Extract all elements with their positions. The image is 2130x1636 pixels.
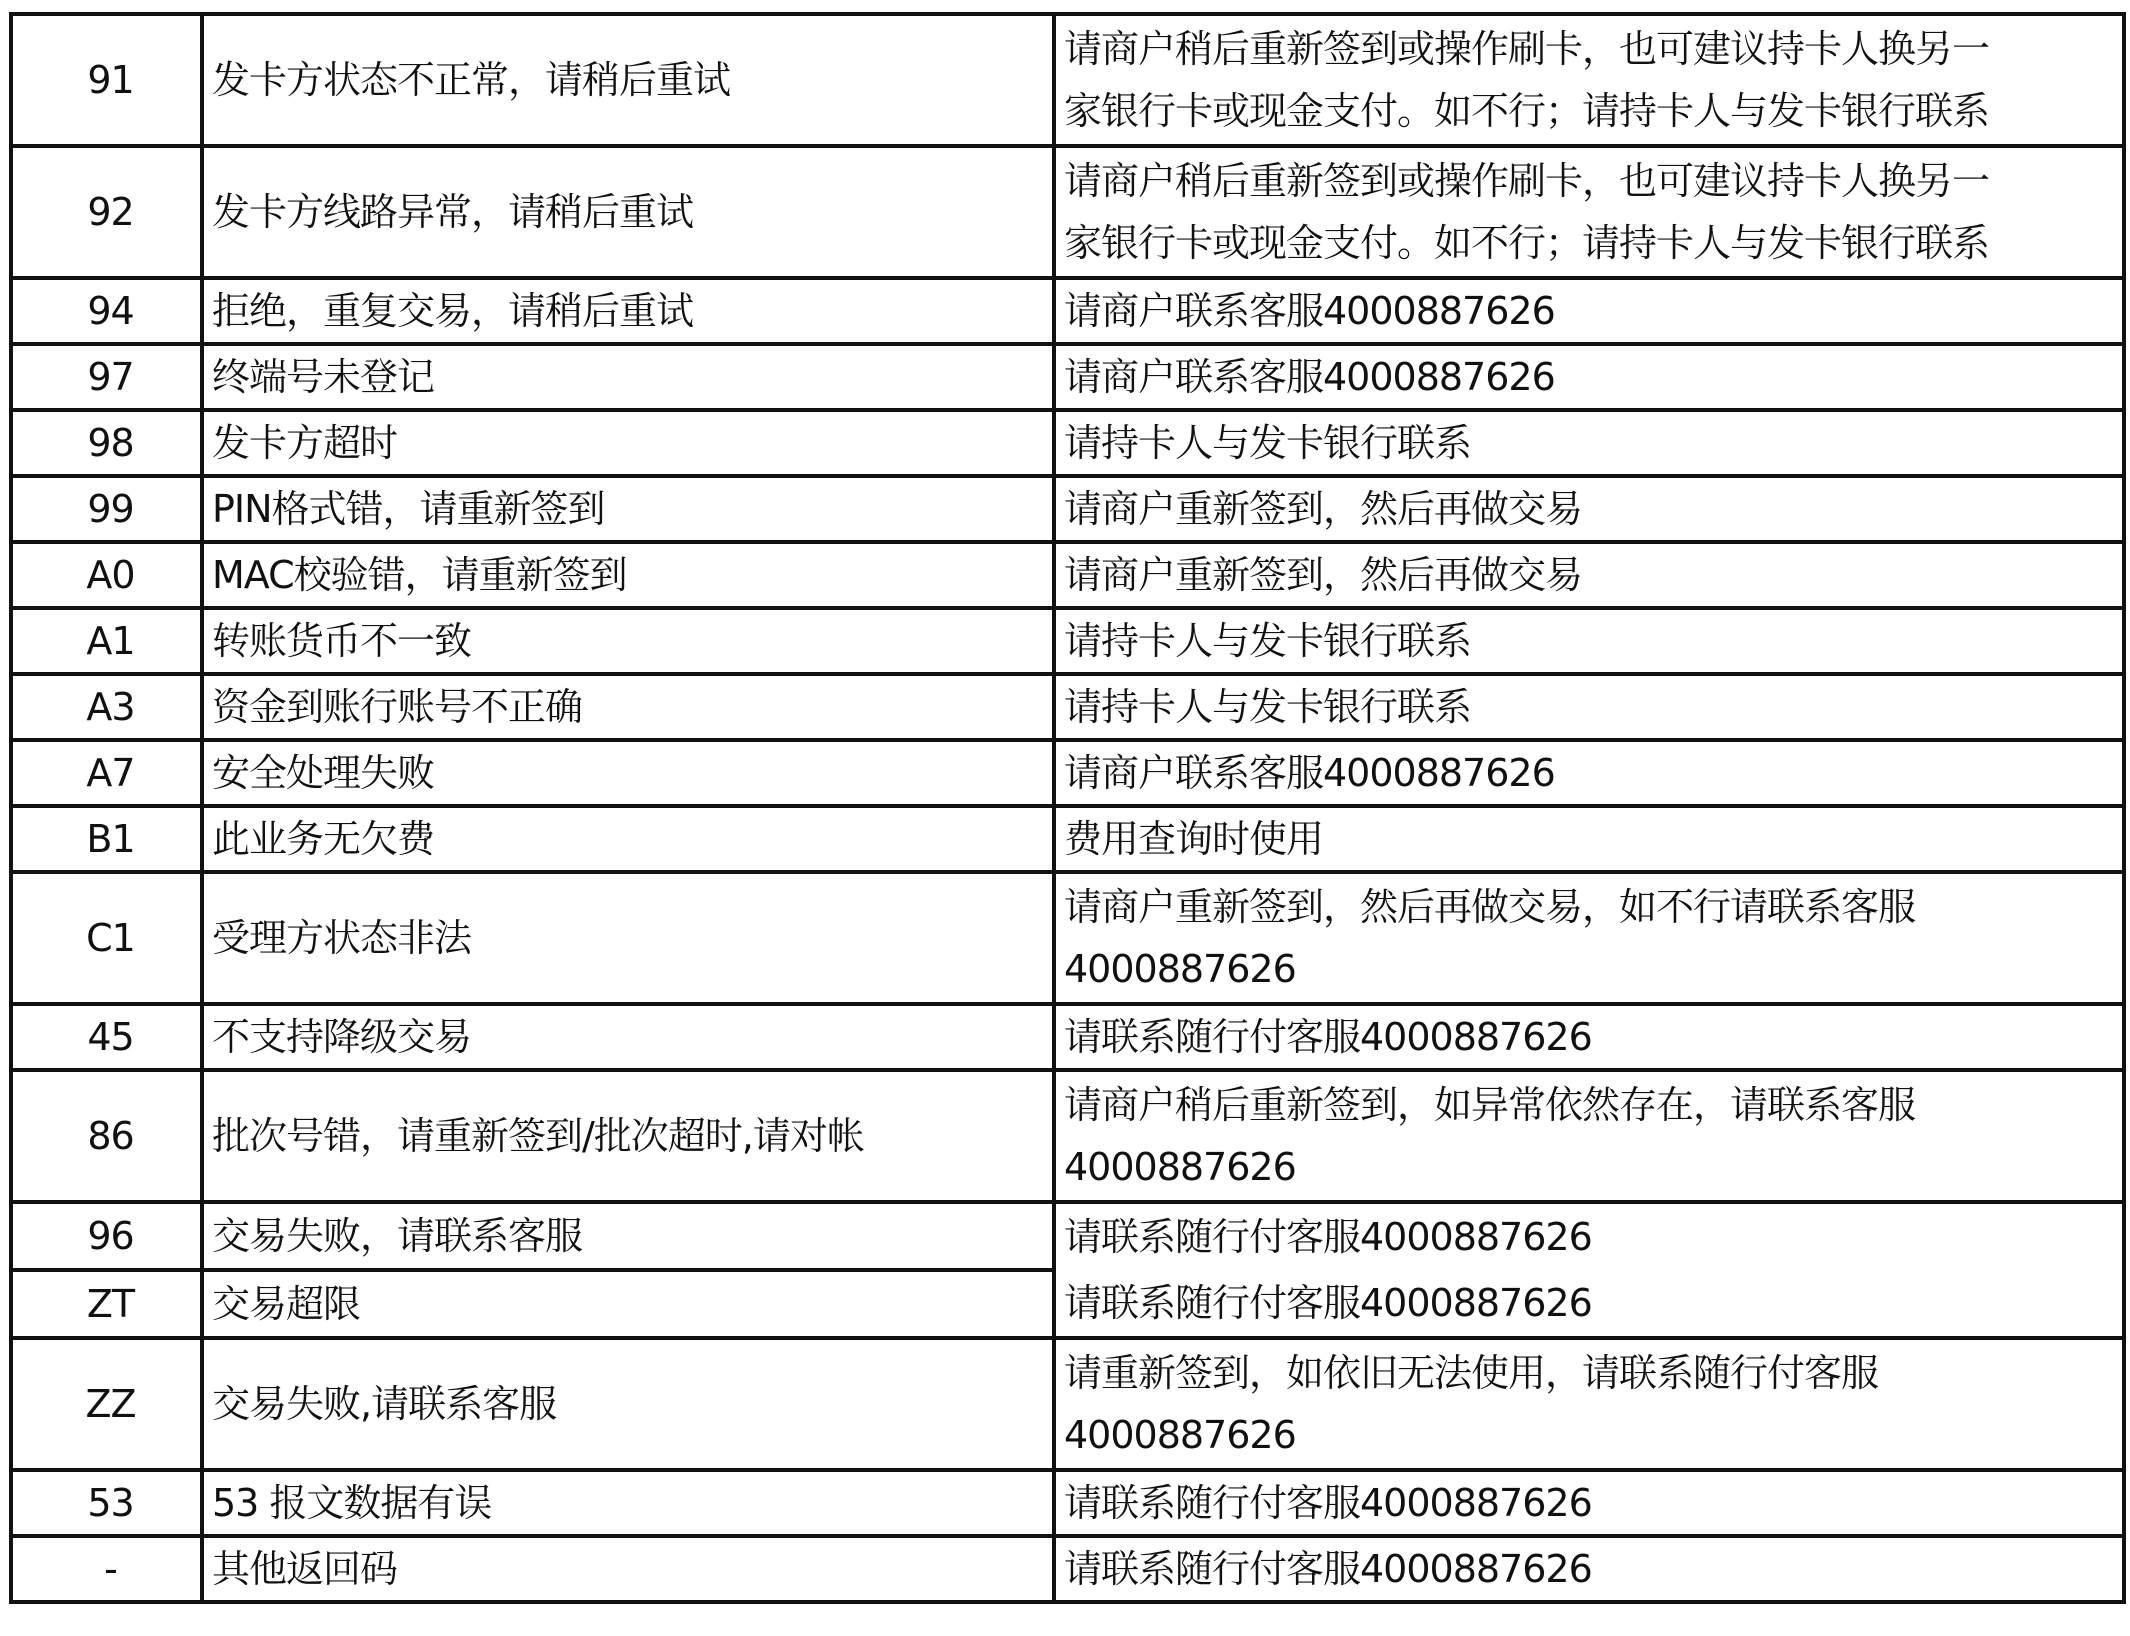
action-line: 请联系随行付客服4000887626 [1064,1472,2122,1534]
table-row: 86 批次号错，请重新签到/批次超时,请对帐 请商户稍后重新签到，如异常依然存在… [11,1070,2124,1202]
table-row: A1 转账货币不一致 请持卡人与发卡银行联系 [11,608,2124,674]
table-row: C1 受理方状态非法 请商户重新签到，然后再做交易，如不行请联系客服 40008… [11,872,2124,1004]
description-cell: 拒绝，重复交易，请稍后重试 [202,278,1054,344]
description-cell: 资金到账行账号不正确 [202,674,1054,740]
table-row: 45 不支持降级交易 请联系随行付客服4000887626 [11,1004,2124,1070]
description-cell: 此业务无欠费 [202,806,1054,872]
description-cell: 发卡方线路异常，请稍后重试 [202,146,1054,278]
table-row: 99 PIN格式错，请重新签到 请商户重新签到，然后再做交易 [11,476,2124,542]
action-line: 请联系随行付客服4000887626 [1064,1204,2122,1270]
action-line: 请联系随行付客服4000887626 [1064,1006,2122,1068]
description-cell: 批次号错，请重新签到/批次超时,请对帐 [202,1070,1054,1202]
action-line: 请联系随行付客服4000887626 [1064,1538,2122,1600]
action-line: 请商户联系客服4000887626 [1064,346,2122,408]
code-cell: - [11,1536,202,1602]
code-cell: 96 [11,1202,202,1270]
action-line: 请持卡人与发卡银行联系 [1064,412,2122,474]
description-cell: 53 报文数据有误 [202,1470,1054,1536]
action-cell: 请联系随行付客服4000887626 [1054,1536,2124,1602]
table-row: 53 53 报文数据有误 请联系随行付客服4000887626 [11,1470,2124,1536]
description-cell: 受理方状态非法 [202,872,1054,1004]
description-cell: 不支持降级交易 [202,1004,1054,1070]
action-line: 请持卡人与发卡银行联系 [1064,676,2122,738]
action-cell-merged: 请联系随行付客服4000887626 请联系随行付客服4000887626 [1054,1202,2124,1338]
action-line: 请商户重新签到，然后再做交易 [1064,478,2122,540]
action-line: 请商户重新签到，然后再做交易，如不行请联系客服 [1064,876,2122,938]
table-row: 94 拒绝，重复交易，请稍后重试 请商户联系客服4000887626 [11,278,2124,344]
code-cell: A3 [11,674,202,740]
code-cell: 99 [11,476,202,542]
code-cell: 94 [11,278,202,344]
action-line: 费用查询时使用 [1064,808,2122,870]
action-line: 请商户重新签到，然后再做交易 [1064,544,2122,606]
code-cell: 91 [11,14,202,146]
code-cell: A1 [11,608,202,674]
action-cell: 请商户联系客服4000887626 [1054,344,2124,410]
table-row: 97 终端号未登记 请商户联系客服4000887626 [11,344,2124,410]
action-cell: 请持卡人与发卡银行联系 [1054,410,2124,476]
code-cell: 98 [11,410,202,476]
action-line: 请联系随行付客服4000887626 [1064,1270,2122,1336]
action-cell: 请商户稍后重新签到或操作刷卡，也可建议持卡人换另一 家银行卡或现金支付。如不行；… [1054,14,2124,146]
action-line: 4000887626 [1064,1136,2122,1198]
action-cell: 请商户稍后重新签到，如异常依然存在，请联系客服 4000887626 [1054,1070,2124,1202]
action-line: 请商户稍后重新签到，如异常依然存在，请联系客服 [1064,1074,2122,1136]
action-line: 请商户稍后重新签到或操作刷卡，也可建议持卡人换另一 [1064,18,2122,80]
action-cell: 请商户重新签到，然后再做交易，如不行请联系客服 4000887626 [1054,872,2124,1004]
action-cell: 请重新签到，如依旧无法使用，请联系随行付客服 4000887626 [1054,1338,2124,1470]
action-cell: 请联系随行付客服4000887626 [1054,1004,2124,1070]
description-cell: 终端号未登记 [202,344,1054,410]
response-code-table: 91 发卡方状态不正常，请稍后重试 请商户稍后重新签到或操作刷卡，也可建议持卡人… [9,12,2126,1604]
action-cell: 请商户联系客服4000887626 [1054,740,2124,806]
table-row: B1 此业务无欠费 费用查询时使用 [11,806,2124,872]
code-cell: C1 [11,872,202,1004]
description-cell: 交易失败，请联系客服 [202,1202,1054,1270]
action-cell: 请持卡人与发卡银行联系 [1054,674,2124,740]
code-cell: 92 [11,146,202,278]
code-cell: B1 [11,806,202,872]
code-cell: 97 [11,344,202,410]
description-cell: 交易超限 [202,1270,1054,1338]
description-cell: 其他返回码 [202,1536,1054,1602]
description-cell: 交易失败,请联系客服 [202,1338,1054,1470]
action-line: 4000887626 [1064,1404,2122,1466]
action-line: 家银行卡或现金支付。如不行；请持卡人与发卡银行联系 [1064,212,2122,274]
action-line: 请商户联系客服4000887626 [1064,280,2122,342]
description-cell: 发卡方状态不正常，请稍后重试 [202,14,1054,146]
action-line: 请重新签到，如依旧无法使用，请联系随行付客服 [1064,1342,2122,1404]
table-row: 98 发卡方超时 请持卡人与发卡银行联系 [11,410,2124,476]
code-cell: 86 [11,1070,202,1202]
table-row: 96 交易失败，请联系客服 请联系随行付客服4000887626 请联系随行付客… [11,1202,2124,1270]
action-line: 4000887626 [1064,938,2122,1000]
description-cell: 发卡方超时 [202,410,1054,476]
table-row: A3 资金到账行账号不正确 请持卡人与发卡银行联系 [11,674,2124,740]
action-cell: 请商户稍后重新签到或操作刷卡，也可建议持卡人换另一 家银行卡或现金支付。如不行；… [1054,146,2124,278]
code-cell: 53 [11,1470,202,1536]
code-cell: A7 [11,740,202,806]
code-cell: A0 [11,542,202,608]
action-line: 家银行卡或现金支付。如不行；请持卡人与发卡银行联系 [1064,80,2122,142]
code-cell: 45 [11,1004,202,1070]
action-line: 请商户联系客服4000887626 [1064,742,2122,804]
action-cell: 请联系随行付客服4000887626 [1054,1470,2124,1536]
table-row: 92 发卡方线路异常，请稍后重试 请商户稍后重新签到或操作刷卡，也可建议持卡人换… [11,146,2124,278]
description-cell: MAC校验错，请重新签到 [202,542,1054,608]
description-cell: 安全处理失败 [202,740,1054,806]
table-row: 91 发卡方状态不正常，请稍后重试 请商户稍后重新签到或操作刷卡，也可建议持卡人… [11,14,2124,146]
action-line: 请商户稍后重新签到或操作刷卡，也可建议持卡人换另一 [1064,150,2122,212]
table-row: ZZ 交易失败,请联系客服 请重新签到，如依旧无法使用，请联系随行付客服 400… [11,1338,2124,1470]
action-cell: 请商户联系客服4000887626 [1054,278,2124,344]
action-cell: 请持卡人与发卡银行联系 [1054,608,2124,674]
table-row: - 其他返回码 请联系随行付客服4000887626 [11,1536,2124,1602]
action-cell: 费用查询时使用 [1054,806,2124,872]
code-cell: ZZ [11,1338,202,1470]
action-cell: 请商户重新签到，然后再做交易 [1054,542,2124,608]
description-cell: PIN格式错，请重新签到 [202,476,1054,542]
description-cell: 转账货币不一致 [202,608,1054,674]
action-cell: 请商户重新签到，然后再做交易 [1054,476,2124,542]
table-row: A0 MAC校验错，请重新签到 请商户重新签到，然后再做交易 [11,542,2124,608]
table-row: A7 安全处理失败 请商户联系客服4000887626 [11,740,2124,806]
code-cell: ZT [11,1270,202,1338]
action-line: 请持卡人与发卡银行联系 [1064,610,2122,672]
